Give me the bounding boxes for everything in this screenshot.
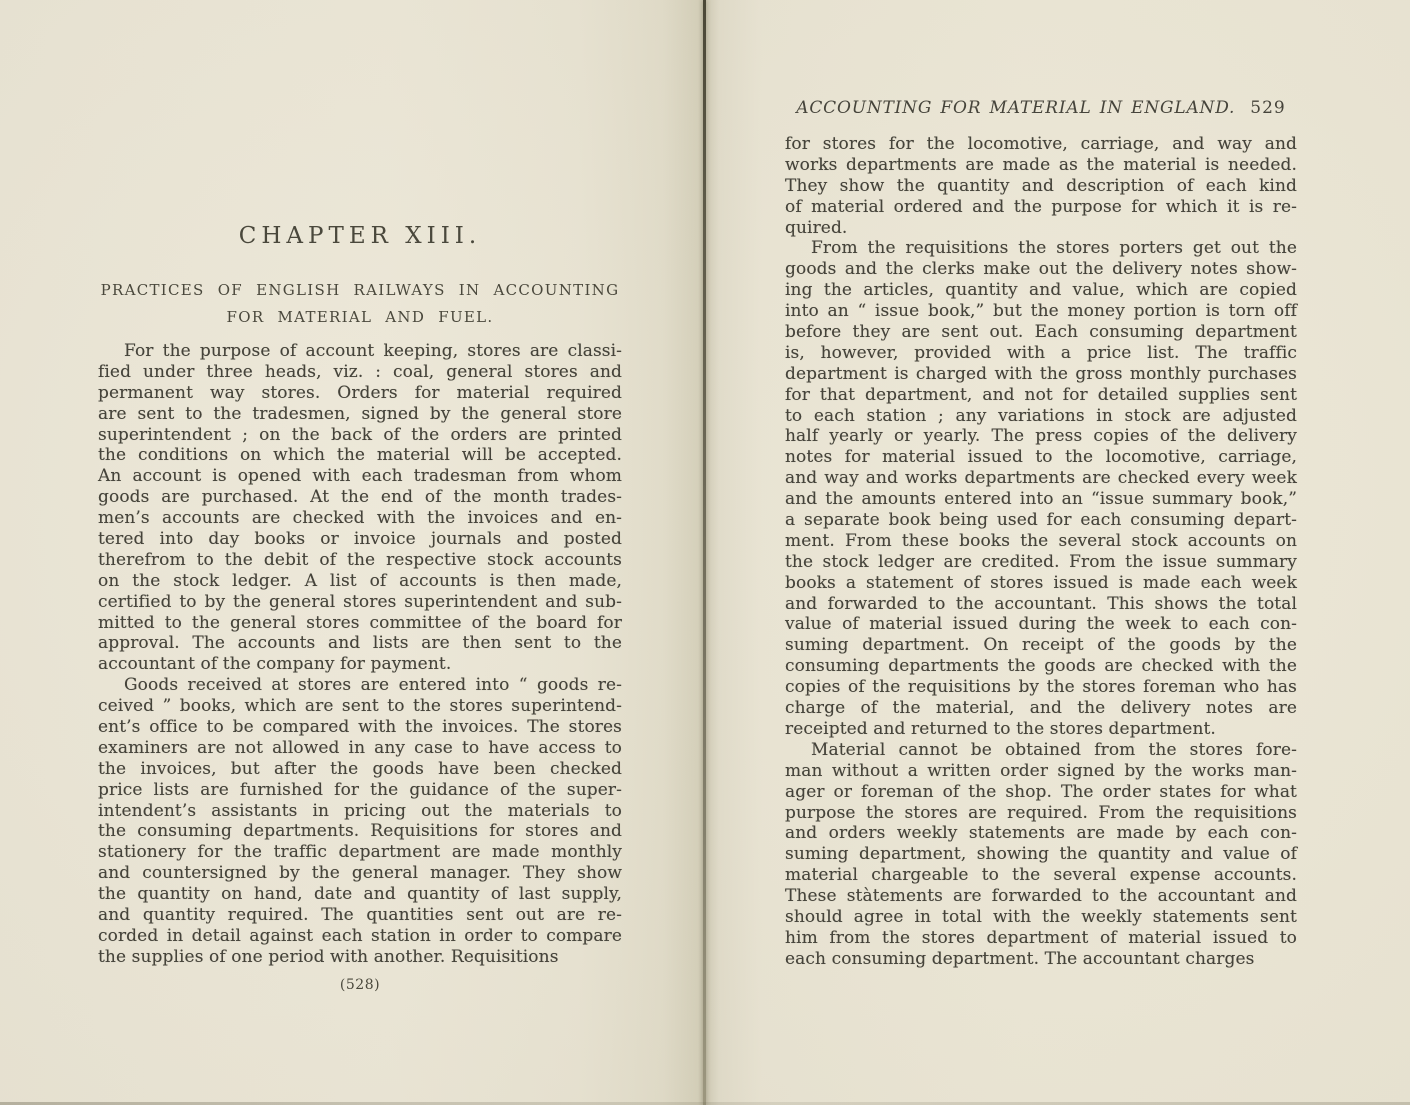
section-heading-line-2: FOR MATERIAL AND FUEL. bbox=[98, 304, 622, 331]
text-line: the invoices, but after the goods have b… bbox=[98, 759, 622, 780]
paragraph: For the purpose of account keeping, stor… bbox=[98, 341, 622, 675]
running-head-title: ACCOUNTING FOR MATERIAL IN ENGLAND. bbox=[796, 98, 1235, 118]
text-line: stationery for the traffic department ar… bbox=[98, 842, 622, 863]
text-line: An account is opened with each tradesman… bbox=[98, 466, 622, 487]
text-line: certified to by the general stores super… bbox=[98, 592, 622, 613]
text-line: superintendent ; on the back of the orde… bbox=[98, 425, 622, 446]
text-line: is, however, provided with a price list.… bbox=[785, 343, 1297, 364]
text-line: half yearly or yearly. The press copies … bbox=[785, 426, 1297, 447]
text-line: goods are purchased. At the end of the m… bbox=[98, 487, 622, 508]
text-line: examiners are not allowed in any case to… bbox=[98, 738, 622, 759]
text-line: of material ordered and the purpose for … bbox=[785, 197, 1297, 218]
text-line: the supplies of one period with another.… bbox=[98, 947, 622, 968]
text-line: should agree in total with the weekly st… bbox=[785, 907, 1297, 928]
text-line: and forwarded to the accountant. This sh… bbox=[785, 594, 1297, 615]
text-line: for that department, and not for detaile… bbox=[785, 385, 1297, 406]
paragraph: From the requisitions the stores porters… bbox=[785, 238, 1297, 739]
text-line: intendent’s assistants in pricing out th… bbox=[98, 801, 622, 822]
text-line: price lists are furnished for the guidan… bbox=[98, 780, 622, 801]
text-line: works departments are made as the materi… bbox=[785, 155, 1297, 176]
text-line: suming department. On receipt of the goo… bbox=[785, 635, 1297, 656]
text-line: Goods received at stores are entered int… bbox=[98, 675, 622, 696]
paragraph: Goods received at stores are entered int… bbox=[98, 675, 622, 967]
text-line: tered into day books or invoice journals… bbox=[98, 529, 622, 550]
section-heading: PRACTICES OF ENGLISH RAILWAYS IN ACCOUNT… bbox=[98, 277, 622, 331]
right-page-number: 529 bbox=[1250, 98, 1285, 118]
text-line: man without a written order signed by th… bbox=[785, 761, 1297, 782]
left-page-body: For the purpose of account keeping, stor… bbox=[98, 341, 622, 968]
text-line: books a statement of stores issued is ma… bbox=[785, 573, 1297, 594]
text-line: approval. The accounts and lists are the… bbox=[98, 633, 622, 654]
text-line: corded in detail against each station in… bbox=[98, 926, 622, 947]
text-line: They show the quantity and description o… bbox=[785, 176, 1297, 197]
text-line: and the amounts entered into an “issue s… bbox=[785, 489, 1297, 510]
text-line: ent’s office to be compared with the inv… bbox=[98, 717, 622, 738]
text-line: quired. bbox=[785, 218, 1297, 239]
text-line: the quantity on hand, date and quantity … bbox=[98, 884, 622, 905]
text-line: ceived ” books, which are sent to the st… bbox=[98, 696, 622, 717]
text-line: accountant of the company for payment. bbox=[98, 654, 622, 675]
text-line: are sent to the tradesmen, signed by the… bbox=[98, 404, 622, 425]
text-line: consuming departments the goods are chec… bbox=[785, 656, 1297, 677]
left-page-number: (528) bbox=[98, 977, 622, 993]
text-line: purpose the stores are required. From th… bbox=[785, 803, 1297, 824]
text-line: into an “ issue book,” but the money por… bbox=[785, 301, 1297, 322]
text-line: charge of the material, and the delivery… bbox=[785, 698, 1297, 719]
text-line: copies of the requisitions by the stores… bbox=[785, 677, 1297, 698]
text-line: men’s accounts are checked with the invo… bbox=[98, 508, 622, 529]
text-line: and countersigned by the general manager… bbox=[98, 863, 622, 884]
text-line: Material cannot be obtained from the sto… bbox=[785, 740, 1297, 761]
text-line: the stock ledger are credited. From the … bbox=[785, 552, 1297, 573]
text-line: the consuming departments. Requisitions … bbox=[98, 821, 622, 842]
right-page-body: for stores for the locomotive, carriage,… bbox=[785, 134, 1297, 970]
text-line: ment. From these books the several stock… bbox=[785, 531, 1297, 552]
text-line: permanent way stores. Orders for materia… bbox=[98, 383, 622, 404]
text-line: to each station ; any variations in stoc… bbox=[785, 406, 1297, 427]
text-line: receipted and returned to the stores dep… bbox=[785, 719, 1297, 740]
text-line: department is charged with the gross mon… bbox=[785, 364, 1297, 385]
text-line: and quantity required. The quantities se… bbox=[98, 905, 622, 926]
text-line: value of material issued during the week… bbox=[785, 614, 1297, 635]
right-page-column: ACCOUNTING FOR MATERIAL IN ENGLAND.529 f… bbox=[785, 0, 1297, 1105]
text-line: notes for material issued to the locomot… bbox=[785, 447, 1297, 468]
chapter-heading: CHAPTER XIII. bbox=[98, 223, 622, 249]
text-line: the conditions on which the material wil… bbox=[98, 445, 622, 466]
text-line: him from the stores department of materi… bbox=[785, 928, 1297, 949]
gutter-shadow bbox=[703, 0, 706, 1105]
book-spread: CHAPTER XIII. PRACTICES OF ENGLISH RAILW… bbox=[0, 0, 1410, 1105]
paragraph: Material cannot be obtained from the sto… bbox=[785, 740, 1297, 970]
text-line: ager or foreman of the shop. The order s… bbox=[785, 782, 1297, 803]
text-line: each consuming department. The accountan… bbox=[785, 949, 1297, 970]
section-heading-line-1: PRACTICES OF ENGLISH RAILWAYS IN ACCOUNT… bbox=[98, 277, 622, 304]
text-line: a separate book being used for each cons… bbox=[785, 510, 1297, 531]
text-line: fied under three heads, viz. : coal, gen… bbox=[98, 362, 622, 383]
paragraph: for stores for the locomotive, carriage,… bbox=[785, 134, 1297, 238]
text-line: before they are sent out. Each consuming… bbox=[785, 322, 1297, 343]
text-line: material chargeable to the several expen… bbox=[785, 865, 1297, 886]
text-line: For the purpose of account keeping, stor… bbox=[98, 341, 622, 362]
text-line: mitted to the general stores committee o… bbox=[98, 613, 622, 634]
text-line: From the requisitions the stores porters… bbox=[785, 238, 1297, 259]
text-line: These stàtements are forwarded to the ac… bbox=[785, 886, 1297, 907]
text-line: suming department, showing the quantity … bbox=[785, 844, 1297, 865]
text-line: and orders weekly statements are made by… bbox=[785, 823, 1297, 844]
left-page-column: CHAPTER XIII. PRACTICES OF ENGLISH RAILW… bbox=[98, 0, 622, 1105]
text-line: on the stock ledger. A list of accounts … bbox=[98, 571, 622, 592]
text-line: for stores for the locomotive, carriage,… bbox=[785, 134, 1297, 155]
text-line: and way and works departments are checke… bbox=[785, 468, 1297, 489]
text-line: ing the articles, quantity and value, wh… bbox=[785, 280, 1297, 301]
running-head: ACCOUNTING FOR MATERIAL IN ENGLAND.529 bbox=[785, 98, 1297, 118]
text-line: therefrom to the debit of the respective… bbox=[98, 550, 622, 571]
text-line: goods and the clerks make out the delive… bbox=[785, 259, 1297, 280]
